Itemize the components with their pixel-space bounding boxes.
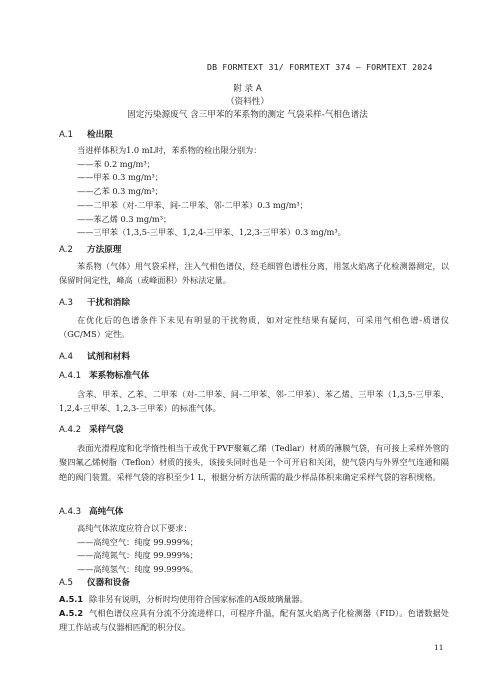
- paragraph-a51: A.5.1除非另有说明，分析时均使用符合国家标准的A级玻璃量器。: [59, 592, 449, 606]
- paragraph-interference: 在优化后的色谱条件下未见有明显的干扰物质，如对定性结果有疑问，可采用气相色谱-质…: [59, 313, 449, 342]
- appendix-label: 附 录 A: [0, 82, 495, 94]
- paragraph-a52: A.5.2气相色谱仪应具有分流不分流进样口，可程序升温，配有氢火焰离子化检测器（…: [59, 606, 449, 635]
- high-purity-gas-list: 高纯气体浓度应符合以下要求： ——高纯空气：纯度 99.999%； ——高纯氮气…: [77, 522, 198, 577]
- section-title: 方法原理: [87, 245, 121, 255]
- section-number: A.5: [59, 578, 87, 588]
- list-item: ——苯 0.2 mg/m³；: [77, 158, 346, 172]
- clause-number: A.5.2: [59, 606, 89, 620]
- clause-number: A.5.1: [59, 592, 89, 606]
- paragraph-method-principle: 苯系物（气体）用气袋采样，注入气相色谱仪，经毛细管色谱柱分离，用氢火焰离子化检测…: [59, 259, 449, 288]
- clause-text: 除非另有说明，分析时均使用符合国家标准的A级玻璃量器。: [89, 594, 308, 604]
- section-number: A.1: [59, 130, 87, 140]
- section-title: 试剂和材料: [87, 352, 130, 362]
- section-heading-a42: A.4.2采样气袋: [59, 423, 123, 435]
- section-title: 检出限: [87, 130, 113, 140]
- appendix-nature: （资料性）: [0, 95, 495, 107]
- section-number: A.4: [59, 352, 87, 362]
- section-title: 仪器和设备: [87, 578, 130, 588]
- list-item: ——高纯氮气：纯度 99.999%；: [77, 549, 198, 563]
- list-item: ——苯乙烯 0.3 mg/m³；: [77, 213, 346, 227]
- section-heading-a1: A.1检出限: [59, 128, 113, 140]
- paragraph-standard-gas: 含苯、甲苯、乙苯、二甲苯（对-二甲苯、间-二甲苯、邻-二甲苯）、苯乙烯、三甲苯（…: [59, 387, 449, 416]
- section-number: A.4.1: [59, 371, 89, 381]
- clause-text: 气相色谱仪应具有分流不分流进样口，可程序升温，配有氢火焰离子化检测器（FID）。…: [59, 608, 449, 632]
- section-title: 苯系物标准气体: [89, 371, 149, 381]
- section-number: A.4.3: [59, 507, 89, 517]
- section-heading-a2: A.2方法原理: [59, 243, 121, 255]
- section-heading-a4: A.4试剂和材料: [59, 350, 130, 362]
- section-title: 高纯气体: [89, 507, 123, 517]
- list-item: ——高纯空气：纯度 99.999%；: [77, 536, 198, 550]
- appendix-title: 固定污染源废气 含三甲苯的苯系物的测定 气袋采样-气相色谱法: [0, 108, 495, 120]
- section-number: A.4.2: [59, 425, 89, 435]
- section-title: 采样气袋: [89, 425, 123, 435]
- section-heading-a3: A.3干扰和消除: [59, 296, 130, 308]
- section-number: A.3: [59, 298, 87, 308]
- section-number: A.2: [59, 245, 87, 255]
- section-title: 干扰和消除: [87, 298, 130, 308]
- list-intro: 高纯气体浓度应符合以下要求：: [77, 522, 198, 536]
- detection-limit-list: 当进样体积为1.0 mL时，苯系物的检出限分别为： ——苯 0.2 mg/m³；…: [77, 144, 346, 240]
- paragraph-sampling-bag: 表面光滑程度和化学惰性相当于或优于PVF聚氟乙烯（Tedlar）材质的薄膜气袋，…: [59, 441, 449, 484]
- section-heading-a43: A.4.3高纯气体: [59, 505, 123, 517]
- list-item: ——甲苯 0.3 mg/m³；: [77, 171, 346, 185]
- list-item: ——三甲苯（1,3,5-三甲苯、1,2,4-三甲苯、1,2,3-三甲苯）0.3 …: [77, 226, 346, 240]
- page-number: 11: [434, 643, 444, 652]
- section-heading-a41: A.4.1苯系物标准气体: [59, 369, 149, 381]
- list-intro: 当进样体积为1.0 mL时，苯系物的检出限分别为：: [77, 144, 346, 158]
- list-item: ——高纯氢气：纯度 99.999%。: [77, 563, 198, 577]
- document-code-header: DB FORMTEXT 31/ FORMTEXT 374 — FORMTEXT …: [207, 62, 433, 72]
- list-item: ——二甲苯（对-二甲苯、间-二甲苯、邻-二甲苯）0.3 mg/m³；: [77, 199, 346, 213]
- list-item: ——乙苯 0.3 mg/m³；: [77, 185, 346, 199]
- section-heading-a5: A.5仪器和设备: [59, 576, 130, 588]
